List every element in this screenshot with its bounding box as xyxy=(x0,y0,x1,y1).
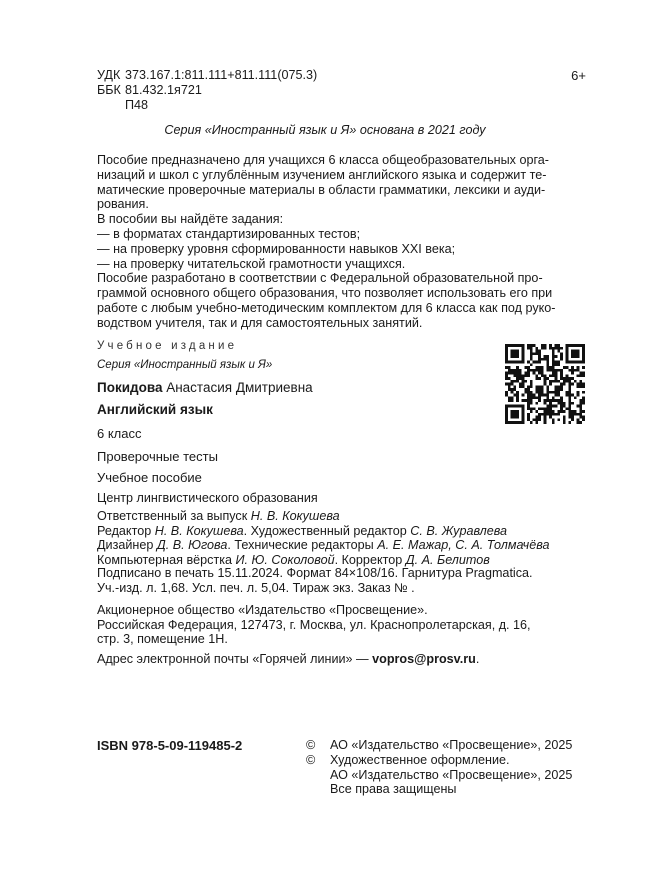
copyright-icon xyxy=(306,768,330,783)
hotline-label: Адрес электронной почты «Горячей линии» … xyxy=(97,652,372,666)
annotation-line: В пособии вы найдёте задания: xyxy=(97,212,557,227)
copyright-icon: © xyxy=(306,738,330,753)
bbk-value: 81.432.1я721 xyxy=(125,83,202,98)
annotation-line: работе с любым учебно-методическим компл… xyxy=(97,301,557,316)
annotation-line: граммой основного общего образования, чт… xyxy=(97,286,557,301)
author-surname: Покидова xyxy=(97,380,162,395)
copyright: ©АО «Издательство «Просвещение», 2025©Ху… xyxy=(306,738,572,797)
publisher-info: Акционерное общество «Издательство «Прос… xyxy=(97,603,531,647)
copyright-line: АО «Издательство «Просвещение», 2025 xyxy=(306,768,572,783)
qr-code-icon[interactable] xyxy=(505,344,585,424)
print-info-line: Уч.-изд. л. 1,68. Усл. печ. л. 5,04. Тир… xyxy=(97,581,533,596)
annotation-line: матические проверочные материалы в облас… xyxy=(97,183,557,198)
copyright-line: ©АО «Издательство «Просвещение», 2025 xyxy=(306,738,572,753)
hotline: Адрес электронной почты «Горячей линии» … xyxy=(97,652,479,666)
isbn: ISBN 978-5-09-119485-2 xyxy=(97,738,242,753)
book-type: Проверочные тесты xyxy=(97,449,218,464)
bbk-label: ББК xyxy=(97,83,125,98)
author-mark: П48 xyxy=(125,98,148,113)
copyright-line: Все права защищены xyxy=(306,782,572,797)
annotation-line: Пособие предназначено для учащихся 6 кла… xyxy=(97,153,557,168)
book-kind: Учебное пособие xyxy=(97,470,202,485)
copyright-icon xyxy=(306,782,330,797)
author-name: Анастасия Дмитриевна xyxy=(166,380,312,395)
series-note: Серия «Иностранный язык и Я» основана в … xyxy=(0,123,650,137)
subject-title: Английский язык xyxy=(97,402,213,417)
publisher-line: Российская Федерация, 127473, г. Москва,… xyxy=(97,618,531,633)
hotline-email[interactable]: vopros@prosv.ru xyxy=(372,652,476,666)
udk-label: УДК xyxy=(97,68,125,83)
publishing-center: Центр лингвистического образования xyxy=(97,491,318,505)
print-info: Подписано в печать 15.11.2024. Формат 84… xyxy=(97,566,533,595)
print-info-line: Подписано в печать 15.11.2024. Формат 84… xyxy=(97,566,533,581)
copyright-line: ©Художественное оформление. xyxy=(306,753,572,768)
grade: 6 класс xyxy=(97,426,142,441)
annotation: Пособие предназначено для учащихся 6 кла… xyxy=(97,153,557,331)
annotation-line: рования. xyxy=(97,197,557,212)
publisher-line: стр. 3, помещение 1Н. xyxy=(97,632,531,647)
annotation-line: Пособие разработано в соответствии с Фед… xyxy=(97,271,557,286)
publisher-line: Акционерное общество «Издательство «Прос… xyxy=(97,603,531,618)
age-rating: 6+ xyxy=(571,68,586,83)
udk-value: 373.167.1:811.111+811.111(075.3) xyxy=(125,68,317,83)
author: Покидова Анастасия Дмитриевна xyxy=(97,380,313,395)
annotation-line: — в форматах стандартизированных тестов; xyxy=(97,227,557,242)
annotation-line: — на проверку уровня сформированности на… xyxy=(97,242,557,257)
series-name: Серия «Иностранный язык и Я» xyxy=(97,359,272,371)
credit-line: Ответственный за выпуск Н. В. Кокушева xyxy=(97,509,550,524)
credit-line: Дизайнер Д. В. Югова. Технические редакт… xyxy=(97,538,550,553)
credits: Ответственный за выпуск Н. В. КокушеваРе… xyxy=(97,509,550,567)
credit-line: Редактор Н. В. Кокушева. Художественный … xyxy=(97,524,550,539)
edition-type: Учебное издание xyxy=(97,340,237,352)
copyright-icon: © xyxy=(306,753,330,768)
classification-codes: УДК373.167.1:811.111+811.111(075.3) ББК8… xyxy=(97,68,317,113)
annotation-line: низаций и школ с углублённым изучением а… xyxy=(97,168,557,183)
annotation-line: водством учителя, так и для самостоятель… xyxy=(97,316,557,331)
annotation-line: — на проверку читательской грамотности у… xyxy=(97,257,557,272)
